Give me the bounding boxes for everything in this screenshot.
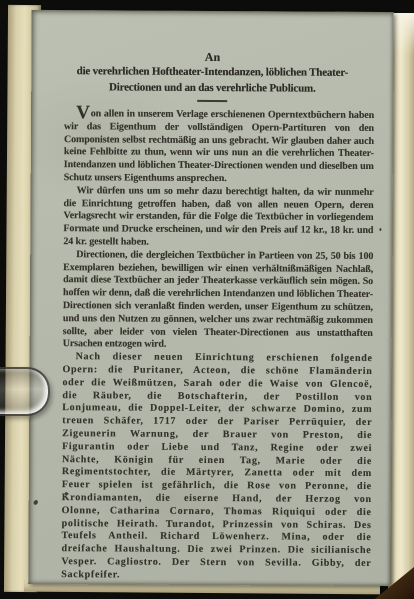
book-scan-photo: An die verehrlichen Hoftheater-Intendanz… [0,0,414,599]
paragraph-2: Wir dürfen uns um so mehr dazu berechtig… [63,185,373,251]
notice-heading: An die verehrlichen Hoftheater-Intendanz… [31,50,393,103]
ink-spot [379,228,381,231]
paragraph-1-text: on allen in unserem Verlage erschienenen… [64,108,374,184]
page-holder-clip [0,367,50,416]
heading-line-1: die verehrlichen Hoftheater-Intendanzen,… [31,63,393,81]
paragraph-4-opera-list: Nach dieser neuen Einrichtung erschienen… [61,351,372,583]
ink-spot [65,492,68,495]
book-page: An die verehrlichen Hoftheater-Intendanz… [28,10,393,586]
heading-line-2: Directionen und an das verehrliche Publi… [31,79,393,97]
paragraph-3: Directionen, die dergleichen Textbücher … [63,249,374,353]
heading-divider [197,100,227,102]
notice-body: Von allen in unserem Verlage erschienene… [28,108,393,584]
paragraph-1: Von allen in unserem Verlage erschienene… [64,108,374,187]
